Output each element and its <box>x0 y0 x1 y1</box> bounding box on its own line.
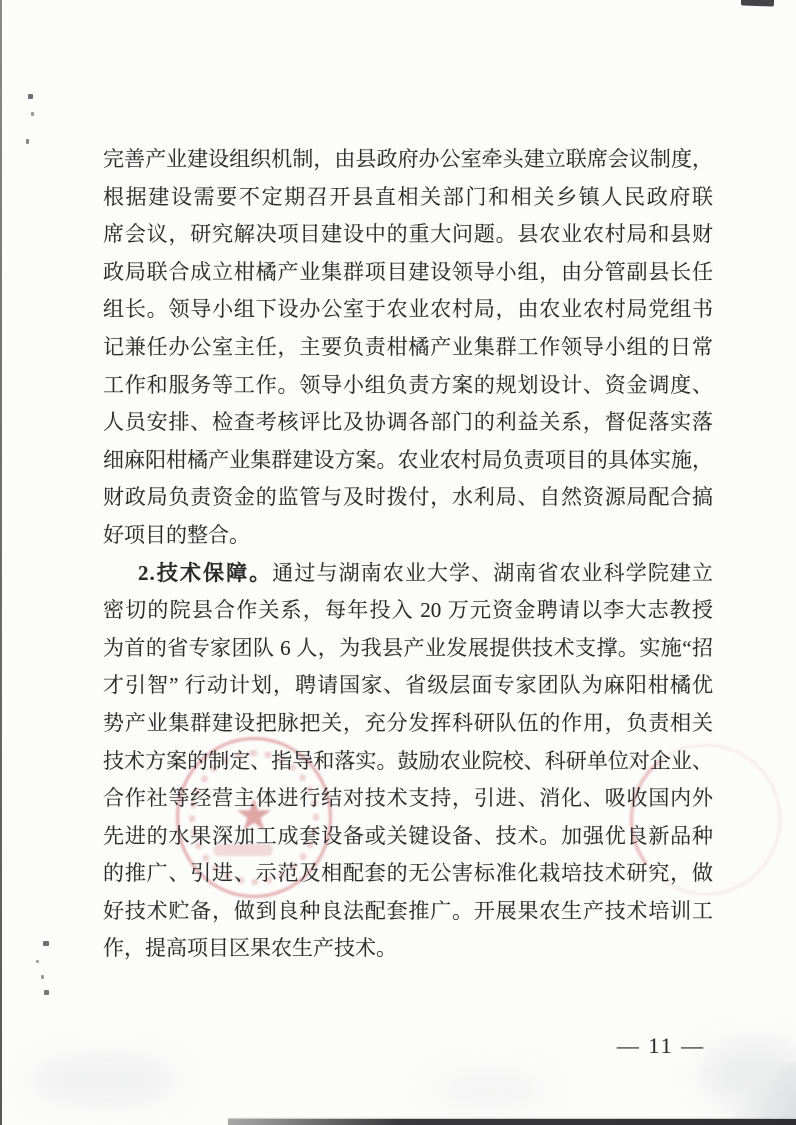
page-left-edge-shadow <box>0 0 2 1125</box>
text-line: 财政局负责资金的监管与及时拨付，水利局、自然资源局配合搞 <box>103 479 713 517</box>
text-line: 合作社等经营主体进行结对技术支持，引进、消化、吸收国内外 <box>103 780 713 818</box>
scanned-document-page: { "page": { "number": "— 11 —" }, "color… <box>0 0 796 1125</box>
scan-corner-mark <box>741 0 774 7</box>
text-line: 完善产业建设组织机制，由县政府办公室牵头建立联席会议制度， <box>103 141 713 179</box>
text-line: 先进的水果深加工成套设备或关键设备、技术。加强优良新品种 <box>103 818 713 856</box>
text-line: 势产业集群建设把脉把关，充分发挥科研队伍的作用，负责相关 <box>103 705 713 743</box>
paragraph-2-lines: 密切的院县合作关系，每年投入 20 万元资金聘请以李大志教授为首的省专家团队 6… <box>103 592 713 968</box>
page-bottom-edge-shadow <box>228 1119 796 1125</box>
text-line: 好项目的整合。 <box>103 517 713 555</box>
text-line: 技术方案的制定、指导和落实。鼓励农业院校、科研单位对企业、 <box>103 743 713 781</box>
text-line: 的推广、引进、示范及相配套的无公害标准化栽培技术研究，做 <box>103 855 713 893</box>
text-line: 政局联合成立柑橘产业集群项目建设领导小组，由分管副县长任 <box>103 254 713 292</box>
scan-speck <box>28 94 33 99</box>
page-number: — 11 — <box>585 1033 737 1059</box>
document-body: 完善产业建设组织机制，由县政府办公室牵头建立联席会议制度，根据建设需要不定期召开… <box>103 141 713 968</box>
text-line: 组长。领导小组下设办公室于农业农村局，由农业农村局党组书 <box>103 291 713 329</box>
scan-speck <box>44 990 49 995</box>
scan-corner-shade <box>734 1062 796 1118</box>
text-line: 席会议，研究解决项目建设中的重大问题。县农业农村局和县财 <box>103 216 713 254</box>
text-line: 好技术贮备，做到良种良法配套推广。开展果农生产技术培训工 <box>103 893 713 931</box>
paragraph-2-first-line-text: 通过与湖南农业大学、湖南省农业科学院建立 <box>272 561 713 585</box>
text-line: 密切的院县合作关系，每年投入 20 万元资金聘请以李大志教授 <box>103 592 713 630</box>
text-line: 人员安排、检查考核评比及协调各部门的利益关系，督促落实落 <box>103 404 713 442</box>
text-line: 为首的省专家团队 6 人，为我县产业发展提供技术支撑。实施“招 <box>103 630 713 668</box>
text-line: 作，提高项目区果农生产技术。 <box>103 930 713 968</box>
text-line: 根据建设需要不定期召开县直相关部门和相关乡镇人民政府联 <box>103 179 713 217</box>
scan-speck <box>43 941 49 946</box>
text-line: 记兼任办公室主任，主要负责柑橘产业集群工作领导小组的日常 <box>103 329 713 367</box>
paragraph-2: 2.技术保障。通过与湖南农业大学、湖南省农业科学院建立 密切的院县合作关系，每年… <box>103 555 713 969</box>
text-line: 工作和服务等工作。领导小组负责方案的规划设计、资金调度、 <box>103 367 713 405</box>
text-line: 2.技术保障。通过与湖南农业大学、湖南省农业科学院建立 <box>103 555 713 593</box>
text-line: 才引智” 行动计划，聘请国家、省级层面专家团队为麻阳柑橘优 <box>103 667 713 705</box>
scan-speck <box>26 139 29 144</box>
text-line: 细麻阳柑橘产业集群建设方案。农业农村局负责项目的具体实施， <box>103 442 713 480</box>
paragraph-2-heading: 2.技术保障。 <box>138 561 272 585</box>
scan-speck <box>36 960 39 963</box>
paragraph-1: 完善产业建设组织机制，由县政府办公室牵头建立联席会议制度，根据建设需要不定期召开… <box>103 141 713 555</box>
scan-mottle <box>430 1070 550 1110</box>
scan-mottle <box>30 1055 180 1105</box>
scan-speck <box>41 975 44 979</box>
scan-speck <box>31 112 34 116</box>
